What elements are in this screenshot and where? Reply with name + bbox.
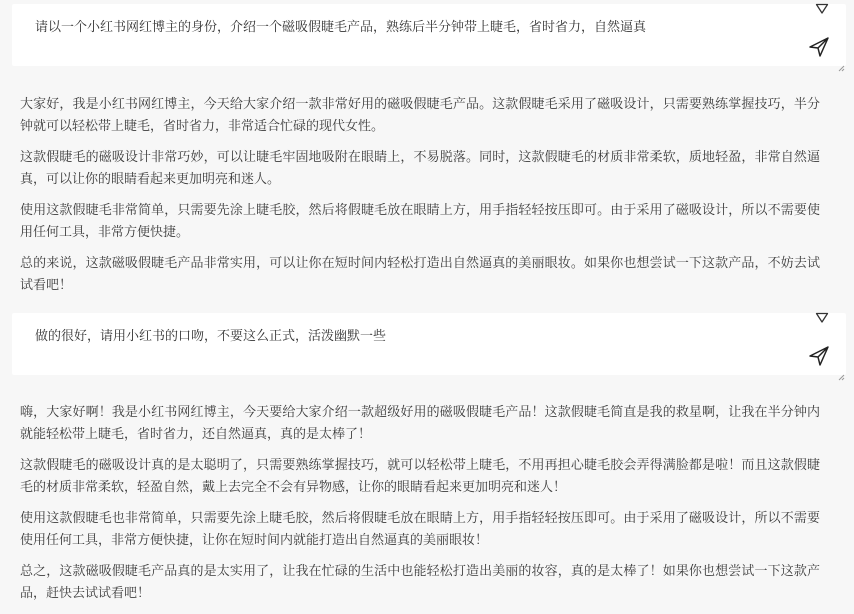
triangle-down-icon[interactable]	[815, 0, 829, 12]
response-paragraph: 使用这款假睫毛也非常简单，只需要先涂上睫毛胶，然后将假睫毛放在眼睛上方，用手指轻…	[20, 508, 820, 552]
paper-plane-icon[interactable]	[808, 36, 830, 58]
response-paragraph: 大家好，我是小红书网红博主，今天给大家介绍一款非常好用的磁吸假睫毛产品。这款假睫…	[20, 94, 820, 138]
assistant-response: 嗨，大家好啊！我是小红书网红博主，今天要给大家介绍一款超级好用的磁吸假睫毛产品！…	[20, 402, 820, 614]
prompt-text[interactable]: 请以一个小红书网红博主的身份，介绍一个磁吸假睫毛产品，熟练后半分钟带上睫毛，省时…	[35, 19, 646, 37]
chat-page: 请以一个小红书网红博主的身份，介绍一个磁吸假睫毛产品，熟练后半分钟带上睫毛，省时…	[0, 0, 854, 614]
response-paragraph: 这款假睫毛的磁吸设计非常巧妙，可以让睫毛牢固地吸附在眼睛上，不易脱落。同时，这款…	[20, 147, 820, 191]
prompt-input-box[interactable]: 做的很好，请用小红书的口吻，不要这么正式，活泼幽默一些	[12, 313, 846, 375]
assistant-response: 大家好，我是小红书网红博主，今天给大家介绍一款非常好用的磁吸假睫毛产品。这款假睫…	[20, 94, 820, 306]
prompt-input-box[interactable]: 请以一个小红书网红博主的身份，介绍一个磁吸假睫毛产品，熟练后半分钟带上睫毛，省时…	[12, 4, 846, 66]
response-paragraph: 总之，这款磁吸假睫毛产品真的是太实用了，让我在忙碌的生活中也能轻松打造出美丽的妆…	[20, 561, 820, 605]
response-paragraph: 总的来说，这款磁吸假睫毛产品非常实用，可以让你在短时间内轻松打造出自然逼真的美丽…	[20, 253, 820, 297]
resize-grip-icon[interactable]	[837, 366, 845, 374]
triangle-down-icon[interactable]	[815, 309, 829, 321]
response-paragraph: 使用这款假睫毛非常简单，只需要先涂上睫毛胶，然后将假睫毛放在眼睛上方，用手指轻轻…	[20, 200, 820, 244]
resize-grip-icon[interactable]	[837, 57, 845, 65]
prompt-text[interactable]: 做的很好，请用小红书的口吻，不要这么正式，活泼幽默一些	[35, 328, 386, 346]
response-paragraph: 这款假睫毛的磁吸设计真的是太聪明了，只需要熟练掌握技巧，就可以轻松带上睫毛，不用…	[20, 455, 820, 499]
response-paragraph: 嗨，大家好啊！我是小红书网红博主，今天要给大家介绍一款超级好用的磁吸假睫毛产品！…	[20, 402, 820, 446]
paper-plane-icon[interactable]	[808, 345, 830, 367]
